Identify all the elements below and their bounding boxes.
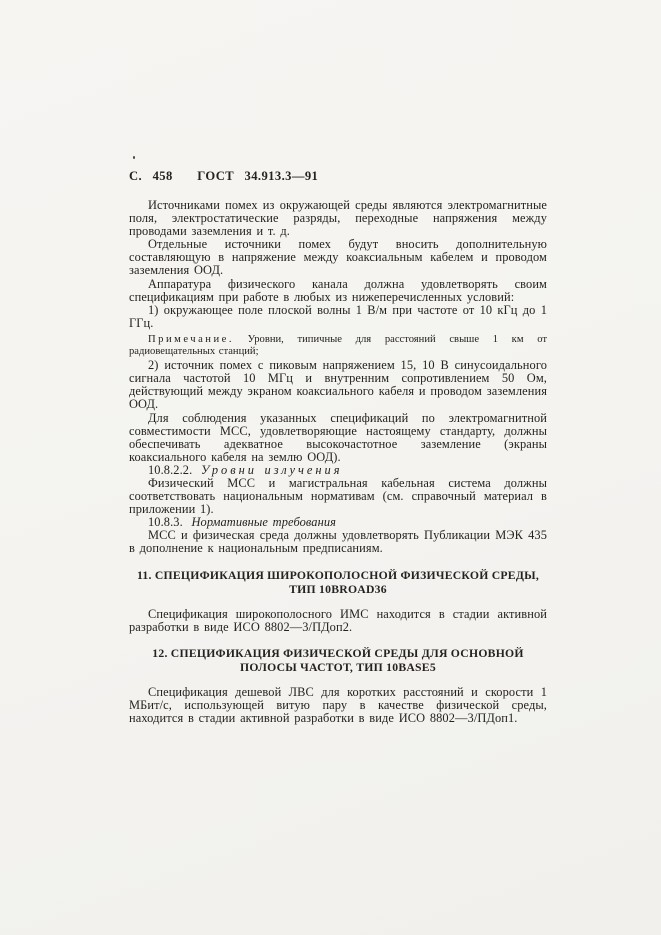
paragraph-physical-mss: Физический МСС и магистральная кабельная… (129, 477, 547, 516)
section-12-heading-line2: ПОЛОСЫ ЧАСТОТ, ТИП 10BASE5 (240, 661, 436, 674)
list-item-2: 2) источник помех с пиковым напряжением … (129, 359, 547, 411)
paragraph-apparatus-conditions: Аппаратура физического канала должна удо… (129, 278, 547, 304)
section-12-heading-line1: 12. СПЕЦИФИКАЦИЯ ФИЗИЧЕСКОЙ СРЕДЫ ДЛЯ ОС… (152, 647, 523, 660)
list-item-1: 1) окружающее поле плоской волны 1 В/м п… (129, 304, 547, 330)
page-header: С. 458 ГОСТ 34.913.3—91 (129, 170, 547, 183)
section-number: 10.8.3. (148, 515, 183, 529)
paragraph-mss-iec435: МСС и физическая среда должны удовлетвор… (129, 529, 547, 555)
page-number: С. 458 (129, 169, 173, 183)
section-title: Уровни излучения (201, 463, 343, 477)
section-11-heading: 11. СПЕЦИФИКАЦИЯ ШИРОКОПОЛОСНОЙ ФИЗИЧЕСК… (129, 569, 547, 598)
note-paragraph: Примечание. Уровни, типичные для расстоя… (129, 334, 547, 357)
paragraph-emc-compliance: Для соблюдения указанных спецификаций по… (129, 412, 547, 464)
paragraph-separate-sources: Отдельные источники помех будут вносить … (129, 238, 547, 277)
paragraph-10base5-spec: Спецификация дешевой ЛВС для коротких ра… (129, 686, 547, 725)
standard-number: ГОСТ 34.913.3—91 (197, 169, 318, 183)
section-number: 10.8.2.2. (148, 463, 192, 477)
document-page: С. 458 ГОСТ 34.913.3—91 Источниками поме… (129, 170, 547, 725)
paragraph-interference-sources: Источниками помех из окружающей среды яв… (129, 199, 547, 238)
note-label: Примечание. (148, 334, 234, 345)
section-title: Нормативные требования (191, 515, 336, 529)
scan-artifact-dot (133, 156, 135, 159)
section-11-heading-line2: ТИП 10BROAD36 (289, 583, 387, 596)
section-11-heading-line1: 11. СПЕЦИФИКАЦИЯ ШИРОКОПОЛОСНОЙ ФИЗИЧЕСК… (137, 569, 539, 582)
paragraph-10broad36-spec: Спецификация широкополосного ИМС находит… (129, 608, 547, 634)
section-12-heading: 12. СПЕЦИФИКАЦИЯ ФИЗИЧЕСКОЙ СРЕДЫ ДЛЯ ОС… (129, 647, 547, 676)
section-10-8-2-2-heading: 10.8.2.2. Уровни излучения (129, 464, 547, 477)
